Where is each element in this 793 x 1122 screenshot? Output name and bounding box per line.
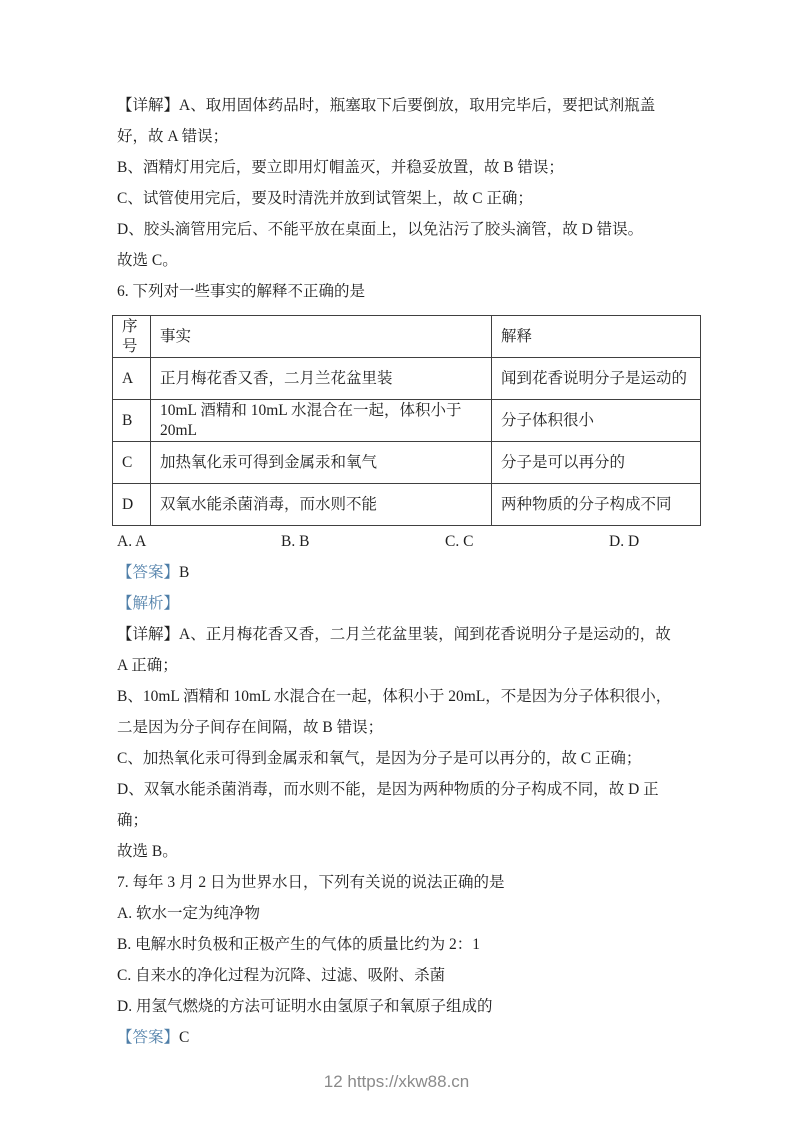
q6-option-b: B. B (281, 526, 445, 557)
q7-answer-value: C (179, 1029, 189, 1046)
q7-option-c: C. 自来水的净化过程为沉降、过滤、吸附、杀菌 (117, 960, 683, 991)
analysis-label: 【解析】 (117, 595, 179, 612)
q6-option-d: D. D (609, 526, 773, 557)
q5-explanation-text-a: A、取用固体药品时，瓶塞取下后要倒放，取用完毕后，要把试剂瓶盖好，故 A 错误； (117, 97, 655, 145)
table-header-serial: 序号 (113, 316, 151, 358)
table-cell-explanation: 分子是可以再分的 (492, 442, 701, 484)
q5-explanation-paragraph-d: D、胶头滴管用完后、不能平放在桌面上，以免沾污了胶头滴管，故 D 错误。 (117, 214, 683, 245)
q6-analysis-line: 【解析】 (117, 588, 683, 619)
table-row: A 正月梅花香又香，二月兰花盆里装 闻到花香说明分子是运动的 (113, 358, 701, 400)
q6-options-row: A. AB. BC. CD. D (117, 526, 777, 557)
q6-fact-explanation-table: 序号 事实 解释 A 正月梅花香又香，二月兰花盆里装 闻到花香说明分子是运动的 … (112, 315, 701, 526)
q5-explanation-label: 【详解】 (117, 97, 179, 114)
q6-explanation-paragraph-b: B、10mL 酒精和 10mL 水混合在一起，体积小于 20mL，不是因为分子体… (117, 681, 683, 743)
question7-stem: 7. 每年 3 月 2 日为世界水日，下列有关说的说法正确的是 (117, 867, 683, 898)
document-page: 【详解】A、取用固体药品时，瓶塞取下后要倒放，取用完毕后，要把试剂瓶盖好，故 A… (117, 90, 683, 1053)
q5-conclusion: 故选 C。 (117, 245, 683, 276)
q6-explanation-paragraph-a: 【详解】A、正月梅花香又香，二月兰花盆里装，闻到花香说明分子是运动的，故 A 正… (117, 619, 683, 681)
q6-option-a: A. A (117, 526, 281, 557)
table-cell-fact: 正月梅花香又香，二月兰花盆里装 (151, 358, 492, 400)
table-row: B 10mL 酒精和 10mL 水混合在一起，体积小于 20mL 分子体积很小 (113, 400, 701, 442)
q6-explanation-label: 【详解】 (117, 626, 179, 643)
table-cell-serial: A (113, 358, 151, 400)
q5-explanation-paragraph-a: 【详解】A、取用固体药品时，瓶塞取下后要倒放，取用完毕后，要把试剂瓶盖好，故 A… (117, 90, 683, 152)
q5-explanation-paragraph-b: B、酒精灯用完后，要立即用灯帽盖灭，并稳妥放置，故 B 错误； (117, 152, 683, 183)
table-cell-serial: C (113, 442, 151, 484)
table-header-fact: 事实 (151, 316, 492, 358)
q6-explanation-text-a: A、正月梅花香又香，二月兰花盆里装，闻到花香说明分子是运动的，故 A 正确； (117, 626, 671, 674)
q6-explanation-paragraph-c: C、加热氧化汞可得到金属汞和氧气，是因为分子是可以再分的，故 C 正确； (117, 743, 683, 774)
q7-option-b: B. 电解水时负极和正极产生的气体的质量比约为 2：1 (117, 929, 683, 960)
table-cell-fact: 加热氧化汞可得到金属汞和氧气 (151, 442, 492, 484)
footer-page-number-and-url: 12 https://xkw88.cn (324, 1072, 470, 1091)
q6-conclusion: 故选 B。 (117, 836, 683, 867)
q7-option-d: D. 用氢气燃烧的方法可证明水由氢原子和氧原子组成的 (117, 991, 683, 1022)
table-cell-explanation: 两种物质的分子构成不同 (492, 484, 701, 526)
q6-answer-value: B (179, 564, 189, 581)
table-cell-serial: D (113, 484, 151, 526)
table-row: D 双氧水能杀菌消毒，而水则不能 两种物质的分子构成不同 (113, 484, 701, 526)
q7-answer-line: 【答案】C (117, 1022, 683, 1053)
table-cell-serial: B (113, 400, 151, 442)
q7-option-a: A. 软水一定为纯净物 (117, 898, 683, 929)
table-row: C 加热氧化汞可得到金属汞和氧气 分子是可以再分的 (113, 442, 701, 484)
answer-label: 【答案】 (117, 1029, 179, 1046)
answer-label: 【答案】 (117, 564, 179, 581)
table-header-explanation: 解释 (492, 316, 701, 358)
page-footer: 12 https://xkw88.cn (0, 1066, 793, 1097)
table-header-row: 序号 事实 解释 (113, 316, 701, 358)
q6-answer-line: 【答案】B (117, 557, 683, 588)
q6-explanation-paragraph-d: D、双氧水能杀菌消毒，而水则不能，是因为两种物质的分子构成不同，故 D 正确； (117, 774, 683, 836)
q5-explanation-paragraph-c: C、试管使用完后，要及时清洗并放到试管架上，故 C 正确； (117, 183, 683, 214)
table-cell-explanation: 闻到花香说明分子是运动的 (492, 358, 701, 400)
table-cell-fact: 10mL 酒精和 10mL 水混合在一起，体积小于 20mL (151, 400, 492, 442)
q6-option-c: C. C (445, 526, 609, 557)
table-cell-fact: 双氧水能杀菌消毒，而水则不能 (151, 484, 492, 526)
question6-stem: 6. 下列对一些事实的解释不正确的是 (117, 276, 683, 307)
table-cell-explanation: 分子体积很小 (492, 400, 701, 442)
